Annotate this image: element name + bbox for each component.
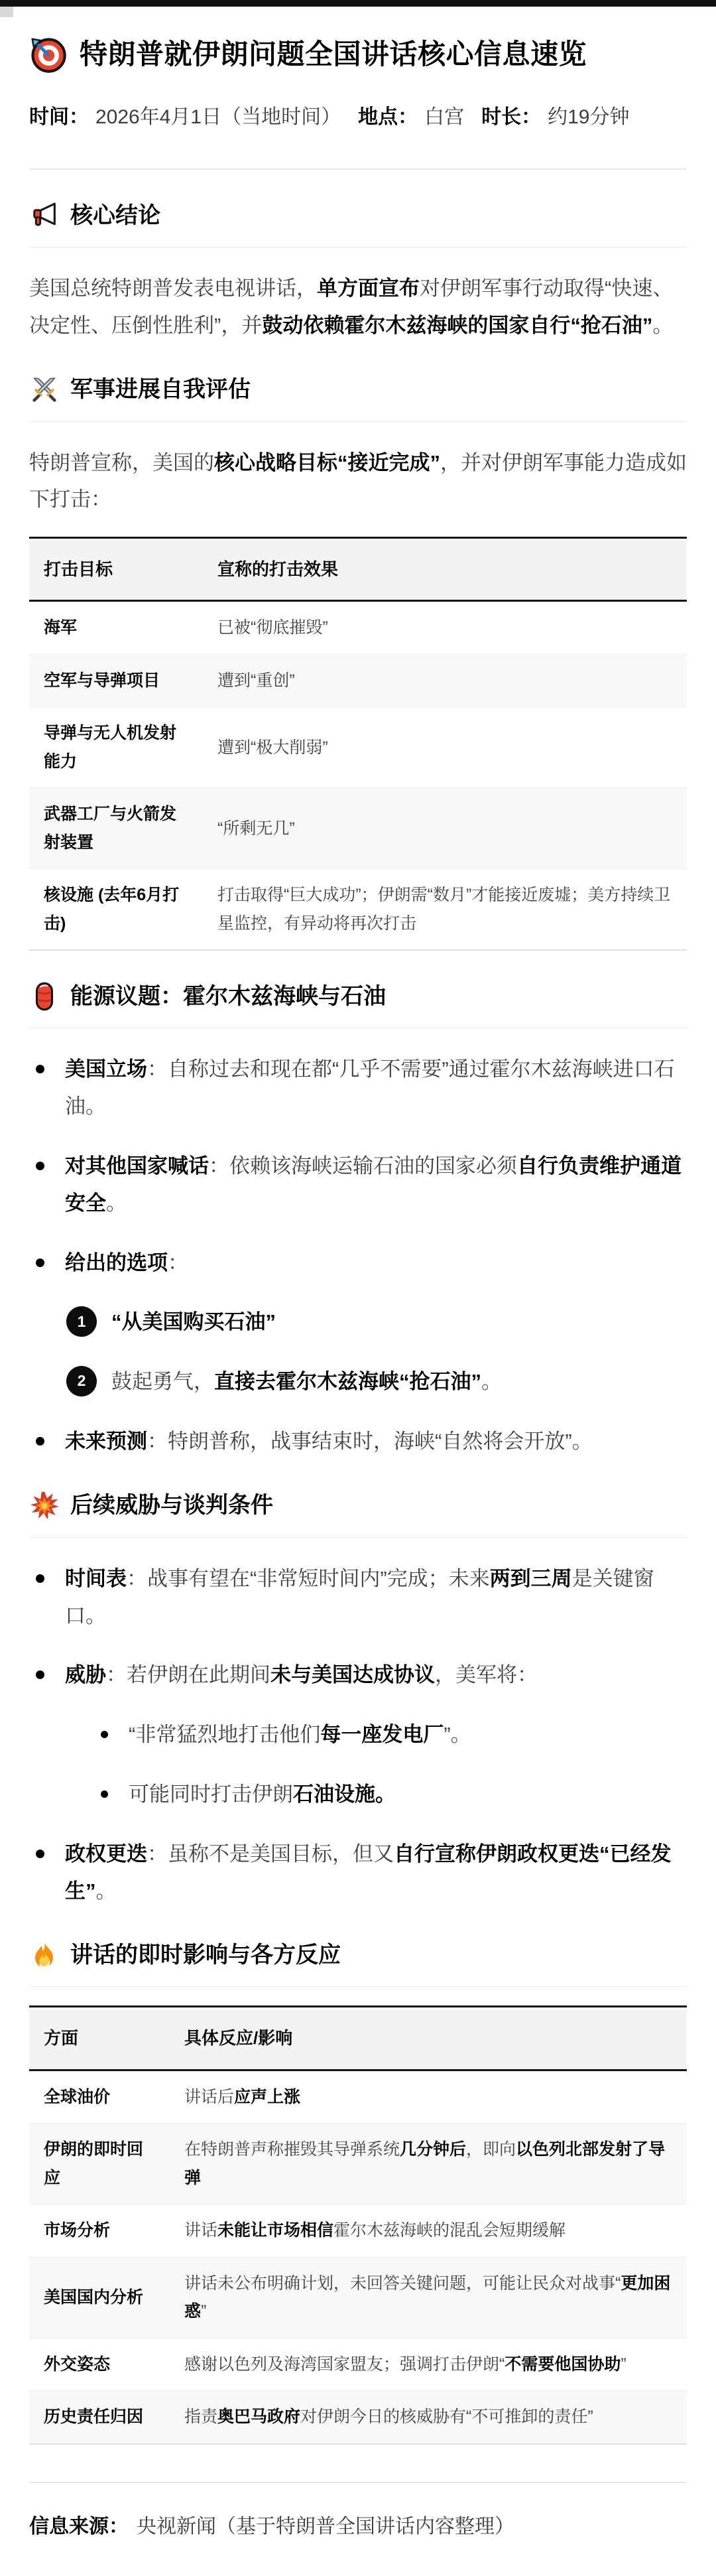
place-value: 白宫 — [424, 106, 464, 128]
option-item-1: 1 “从美国购买石油” — [66, 1304, 687, 1341]
section-military: 军事进展自我评估 特朗普宣称，美国的核心战略目标“接近完成”，并对伊朗军事能力造… — [29, 375, 687, 951]
top-window-bar — [0, 0, 716, 7]
strike-target: 空军与导弹项目 — [29, 654, 203, 707]
table-row: 海军 已被“彻底摧毁” — [29, 601, 687, 655]
time-value: 2026年4月1日（当地时间） — [95, 106, 341, 128]
reaction-aspect: 美国国内分析 — [29, 2257, 170, 2338]
reactions-table: 方面 具体反应/影响 全球油价 讲话后应声上涨 伊朗的即时回应 在特朗普声称摧毁… — [29, 2005, 687, 2444]
reaction-aspect: 全球油价 — [29, 2070, 170, 2124]
page-title: 特朗普就伊朗问题全国讲话核心信息速览 — [80, 37, 587, 72]
option-item-2: 2 鼓起勇气，直接去霍尔木兹海峡“抢石油”。 — [66, 1363, 687, 1400]
strike-assessment-table: 打击目标 宣称的打击效果 海军 已被“彻底摧毁” 空军与导弹项目 遭到“重创” … — [29, 537, 687, 951]
energy-bullet-list: 美国立场：自称过去和现在都“几乎不需要”通过霍尔木兹海峡进口石油。 对其他国家喊… — [29, 1051, 687, 1459]
strike-effect: 打击取得“巨大成功”；伊朗需“数月”才能接近废墟；美方持续卫星监控，有异动将再次… — [203, 869, 687, 951]
source-note: 信息来源：央视新闻（基于特朗普全国讲话内容整理） — [29, 2510, 687, 2539]
reaction-detail: 讲话后应声上涨 — [170, 2070, 687, 2124]
section-threats-title: 后续威胁与谈判条件 — [70, 1492, 273, 1519]
military-paragraph: 特朗普宣称，美国的核心战略目标“接近完成”，并对伊朗军事能力造成如下打击： — [29, 444, 687, 519]
oil-drum-icon — [29, 981, 60, 1012]
table-row: 市场分析 讲话未能让市场相信霍尔木兹海峡的混乱会短期缓解 — [29, 2204, 687, 2258]
section-reactions: 讲话的即时影响与各方反应 方面 具体反应/影响 全球油价 讲话后应声上涨 伊朗的… — [29, 1940, 687, 2444]
bullet-call-to-others: 对其他国家喊话：依赖该海峡运输石油的国家必须自行负责维护通道安全。 — [29, 1148, 687, 1222]
section-energy: 能源议题：霍尔木兹海峡与石油 美国立场：自称过去和现在都“几乎不需要”通过霍尔木… — [29, 981, 687, 1459]
table-row: 伊朗的即时回应 在特朗普声称摧毁其导弹系统几分钟后，即向以色列北部发射了导弹 — [29, 2124, 687, 2204]
table-row: 外交姿态 感谢以色列及海湾国家盟友；强调打击伊朗“不需要他国协助” — [29, 2338, 687, 2391]
number-badge-2: 2 — [66, 1366, 97, 1396]
header-divider — [29, 169, 687, 170]
page-header: 特朗普就伊朗问题全国讲话核心信息速览 — [29, 36, 687, 73]
footer-divider — [29, 2482, 687, 2483]
duration-label: 时长： — [481, 106, 541, 128]
table-header-row: 方面 具体反应/影响 — [29, 2007, 687, 2070]
reaction-aspect: 历史责任归因 — [29, 2391, 170, 2444]
strike-effect: 遭到“极大削弱” — [203, 707, 687, 788]
strike-effect: 已被“彻底摧毁” — [203, 601, 687, 655]
source-value: 央视新闻（基于特朗普全国讲话内容整理） — [137, 2516, 514, 2538]
conclusion-paragraph: 美国总统特朗普发表电视讲话，单方面宣布对伊朗军事行动取得“快速、决定性、压倒性胜… — [29, 270, 687, 344]
source-label: 信息来源： — [29, 2516, 129, 2538]
sub-bullet-oil-facilities: 可能同时打击伊朗石油设施。 — [95, 1776, 687, 1813]
target-dart-icon — [29, 36, 66, 73]
option-1-text: “从美国购买石油” — [111, 1304, 276, 1341]
option-2-text: 鼓起勇气，直接去霍尔木兹海峡“抢石油”。 — [111, 1363, 502, 1400]
threats-bullet-list: 时间表：战事有望在“非常短时间内”完成；未来两到三周是关键窗口。 威胁：若伊朗在… — [29, 1560, 687, 1910]
bullet-forecast: 未来预测：特朗普称，战事结束时，海峡“自然将会开放”。 — [29, 1423, 687, 1460]
reaction-aspect: 市场分析 — [29, 2204, 170, 2258]
reaction-aspect: 外交姿态 — [29, 2338, 170, 2391]
section-military-title: 军事进展自我评估 — [70, 376, 251, 403]
table-row: 历史责任归因 指责奥巴马政府对伊朗今日的核威胁有“不可推卸的责任” — [29, 2391, 687, 2444]
strike-target: 武器工厂与火箭发射装置 — [29, 788, 203, 869]
megaphone-icon — [29, 200, 60, 231]
duration-value: 约19分钟 — [548, 106, 629, 128]
section-military-heading: 军事进展自我评估 — [29, 375, 687, 422]
section-reactions-heading: 讲话的即时影响与各方反应 — [29, 1940, 687, 1987]
section-energy-heading: 能源议题：霍尔木兹海峡与石油 — [29, 981, 687, 1028]
meta-line: 时间：2026年4月1日（当地时间）地点：白宫时长：约19分钟 — [29, 103, 687, 131]
bullet-regime-change: 政权更迭：虽称不是美国目标，但又自行宣称伊朗政权更迭“已经发生”。 — [29, 1836, 687, 1910]
reaction-detail: 感谢以色列及海湾国家盟友；强调打击伊朗“不需要他国协助” — [170, 2338, 687, 2391]
column-header-reaction: 具体反应/影响 — [170, 2007, 687, 2070]
section-conclusion: 核心结论 美国总统特朗普发表电视讲话，单方面宣布对伊朗军事行动取得“快速、决定性… — [29, 200, 687, 344]
fire-icon — [29, 1940, 60, 1970]
table-row: 武器工厂与火箭发射装置 “所剩无几” — [29, 788, 687, 869]
reaction-detail: 指责奥巴马政府对伊朗今日的核威胁有“不可推卸的责任” — [170, 2391, 687, 2444]
bullet-options: 给出的选项： 1 “从美国购买石油” 2 鼓起勇气，直接去霍尔木兹海峡“抢石油”… — [29, 1245, 687, 1400]
explosion-icon — [29, 1491, 60, 1521]
table-row: 核设施 (去年6月打击) 打击取得“巨大成功”；伊朗需“数月”才能接近废墟；美方… — [29, 869, 687, 951]
column-header-target: 打击目标 — [29, 538, 203, 601]
top-left-notch — [0, 7, 13, 17]
number-badge-1: 1 — [66, 1306, 97, 1337]
table-header-row: 打击目标 宣称的打击效果 — [29, 538, 687, 601]
column-header-effect: 宣称的打击效果 — [203, 538, 687, 601]
column-header-aspect: 方面 — [29, 2007, 170, 2070]
reaction-detail: 讲话未能让市场相信霍尔木兹海峡的混乱会短期缓解 — [170, 2204, 687, 2258]
section-reactions-title: 讲话的即时影响与各方反应 — [70, 1942, 341, 1969]
threat-sub-list: “非常猛烈地打击他们每一座发电厂”。 可能同时打击伊朗石油设施。 — [65, 1716, 687, 1813]
crossed-swords-icon — [29, 375, 60, 405]
section-threats-heading: 后续威胁与谈判条件 — [29, 1491, 687, 1538]
section-threats: 后续威胁与谈判条件 时间表：战事有望在“非常短时间内”完成；未来两到三周是关键窗… — [29, 1491, 687, 1910]
section-conclusion-title: 核心结论 — [70, 202, 160, 230]
bullet-timeline: 时间表：战事有望在“非常短时间内”完成；未来两到三周是关键窗口。 — [29, 1560, 687, 1635]
section-conclusion-heading: 核心结论 — [29, 200, 687, 247]
section-energy-title: 能源议题：霍尔木兹海峡与石油 — [70, 983, 386, 1010]
table-row: 全球油价 讲话后应声上涨 — [29, 2070, 687, 2124]
sub-bullet-power-plants: “非常猛烈地打击他们每一座发电厂”。 — [95, 1716, 687, 1753]
table-row: 美国国内分析 讲话未公布明确计划，未回答关键问题，可能让民众对战事“更加困惑” — [29, 2257, 687, 2338]
bullet-threat: 威胁：若伊朗在此期间未与美国达成协议，美军将： “非常猛烈地打击他们每一座发电厂… — [29, 1657, 687, 1812]
reaction-aspect: 伊朗的即时回应 — [29, 2124, 170, 2204]
article-page: 特朗普就伊朗问题全国讲话核心信息速览 时间：2026年4月1日（当地时间）地点：… — [0, 36, 716, 2576]
time-label: 时间： — [29, 106, 89, 128]
strike-target: 核设施 (去年6月打击) — [29, 869, 203, 951]
strike-target: 海军 — [29, 601, 203, 655]
reaction-detail: 在特朗普声称摧毁其导弹系统几分钟后，即向以色列北部发射了导弹 — [170, 2124, 687, 2204]
table-row: 空军与导弹项目 遭到“重创” — [29, 654, 687, 707]
strike-effect: “所剩无几” — [203, 788, 687, 869]
bullet-us-stance: 美国立场：自称过去和现在都“几乎不需要”通过霍尔木兹海峡进口石油。 — [29, 1051, 687, 1125]
strike-effect: 遭到“重创” — [203, 654, 687, 707]
strike-target: 导弹与无人机发射能力 — [29, 707, 203, 788]
place-label: 地点： — [358, 106, 418, 128]
table-row: 导弹与无人机发射能力 遭到“极大削弱” — [29, 707, 687, 788]
reaction-detail: 讲话未公布明确计划，未回答关键问题，可能让民众对战事“更加困惑” — [170, 2257, 687, 2338]
